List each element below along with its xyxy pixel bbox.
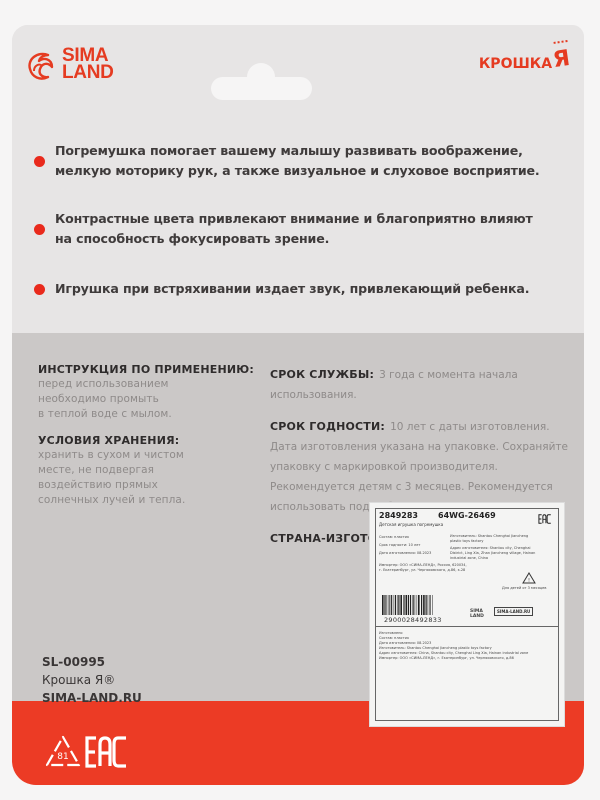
product-sticker: 2849283 64WG-26469 Детская игрушка погре…: [369, 502, 565, 727]
kroshka-logo-text: КРОШКА: [479, 56, 552, 72]
website: SIMA-LAND.RU: [42, 689, 142, 707]
bullet-icon: [34, 224, 45, 235]
warning-triangle-icon: !: [522, 572, 536, 584]
sticker-manufacture-date: Дата изготовления: 08.2023: [379, 551, 431, 556]
feature-item: Игрушка при встряхивании издает звук, пр…: [34, 279, 529, 299]
sticker-divider: [376, 626, 558, 627]
usage-heading: ИНСТРУКЦИЯ ПО ПРИМЕНЕНИЮ:: [38, 363, 258, 377]
hang-hole: [211, 77, 312, 100]
feature-text: Игрушка при встряхивании издает звук, пр…: [55, 279, 529, 299]
sima-logo-line-2: LAND: [62, 64, 114, 81]
shelf-life-heading: СРОК ГОДНОСТИ:: [270, 420, 385, 433]
shelf-life: СРОК ГОДНОСТИ: 10 лет с даты изготовлени…: [270, 415, 570, 515]
sticker-article: 2849283: [379, 511, 418, 520]
svg-text:!: !: [528, 578, 530, 584]
sticker-importer: Импортер: ООО «СИМА-ЛЕНД», Россия, 62003…: [379, 563, 467, 573]
kroshka-logo-ya: Я: [551, 46, 571, 73]
info-left-column: ИНСТРУКЦИЯ ПО ПРИМЕНЕНИЮ: перед использо…: [38, 363, 258, 520]
brand-name: Крошка Я®: [42, 671, 142, 689]
sticker-title: Детская игрушка погремушка: [379, 522, 443, 527]
sku-code: SL-00995: [42, 653, 142, 671]
recycle-code: 81: [57, 752, 68, 762]
service-life: СРОК СЛУЖБЫ: 3 года с момента начала исп…: [270, 363, 570, 403]
barcode-number: 2900028492833: [384, 616, 442, 624]
sticker-sima-logo: SIMALAND: [470, 609, 484, 619]
recycle-icon: 81: [44, 734, 82, 770]
storage-heading: УСЛОВИЯ ХРАНЕНИЯ:: [38, 434, 258, 448]
footer-info: SL-00995 Крошка Я® SIMA-LAND.RU: [42, 653, 142, 707]
sticker-address: Адрес изготовителя: Shantou city, Chengh…: [450, 546, 535, 561]
sticker-site: SIMA-LAND.RU: [494, 607, 533, 616]
storage-conditions: УСЛОВИЯ ХРАНЕНИЯ: хранить в сухом и чист…: [38, 434, 258, 508]
eac-icon: [84, 734, 130, 770]
sticker-lower-text: Изготовлено Состав: пластик Дата изготов…: [379, 631, 557, 661]
feature-text: Контрастные цвета привлекают внимание и …: [55, 209, 533, 249]
sticker-age-warning: Для детей от 3 месяцев: [502, 586, 546, 591]
sticker-material: Состав: пластик: [379, 535, 409, 540]
feature-item: Контрастные цвета привлекают внимание и …: [34, 209, 533, 249]
usage-body: перед использованием необходимо промыть …: [38, 377, 258, 422]
service-life-heading: СРОК СЛУЖБЫ:: [270, 368, 374, 381]
shelf-life-body: 10 лет с даты изготовления. Дата изготов…: [270, 421, 568, 513]
feature-item: Погремушка помогает вашему малышу развив…: [34, 141, 540, 181]
sticker-manufacturer: Изготовитель: Shantou Chenghai Jiancheng…: [450, 534, 528, 544]
sticker-eac-icon: [538, 512, 552, 526]
kroshka-logo: КРОШКА Я: [479, 47, 570, 72]
bullet-icon: [34, 284, 45, 295]
usage-instructions: ИНСТРУКЦИЯ ПО ПРИМЕНЕНИЮ: перед использо…: [38, 363, 258, 422]
bullet-icon: [34, 156, 45, 167]
storage-body: хранить в сухом и чистом месте, не подве…: [38, 448, 258, 508]
barcode: [382, 595, 442, 615]
sima-land-logo: SIMA LAND: [24, 47, 114, 81]
dolphin-icon: [24, 47, 58, 81]
product-card: SIMA LAND КРОШКА Я Погремушка помогает в…: [12, 25, 584, 785]
feature-text: Погремушка помогает вашему малышу развив…: [55, 141, 540, 181]
sticker-code: 64WG-26469: [438, 511, 496, 520]
sticker-shelf-life: Срок годности: 10 лет: [379, 543, 420, 548]
